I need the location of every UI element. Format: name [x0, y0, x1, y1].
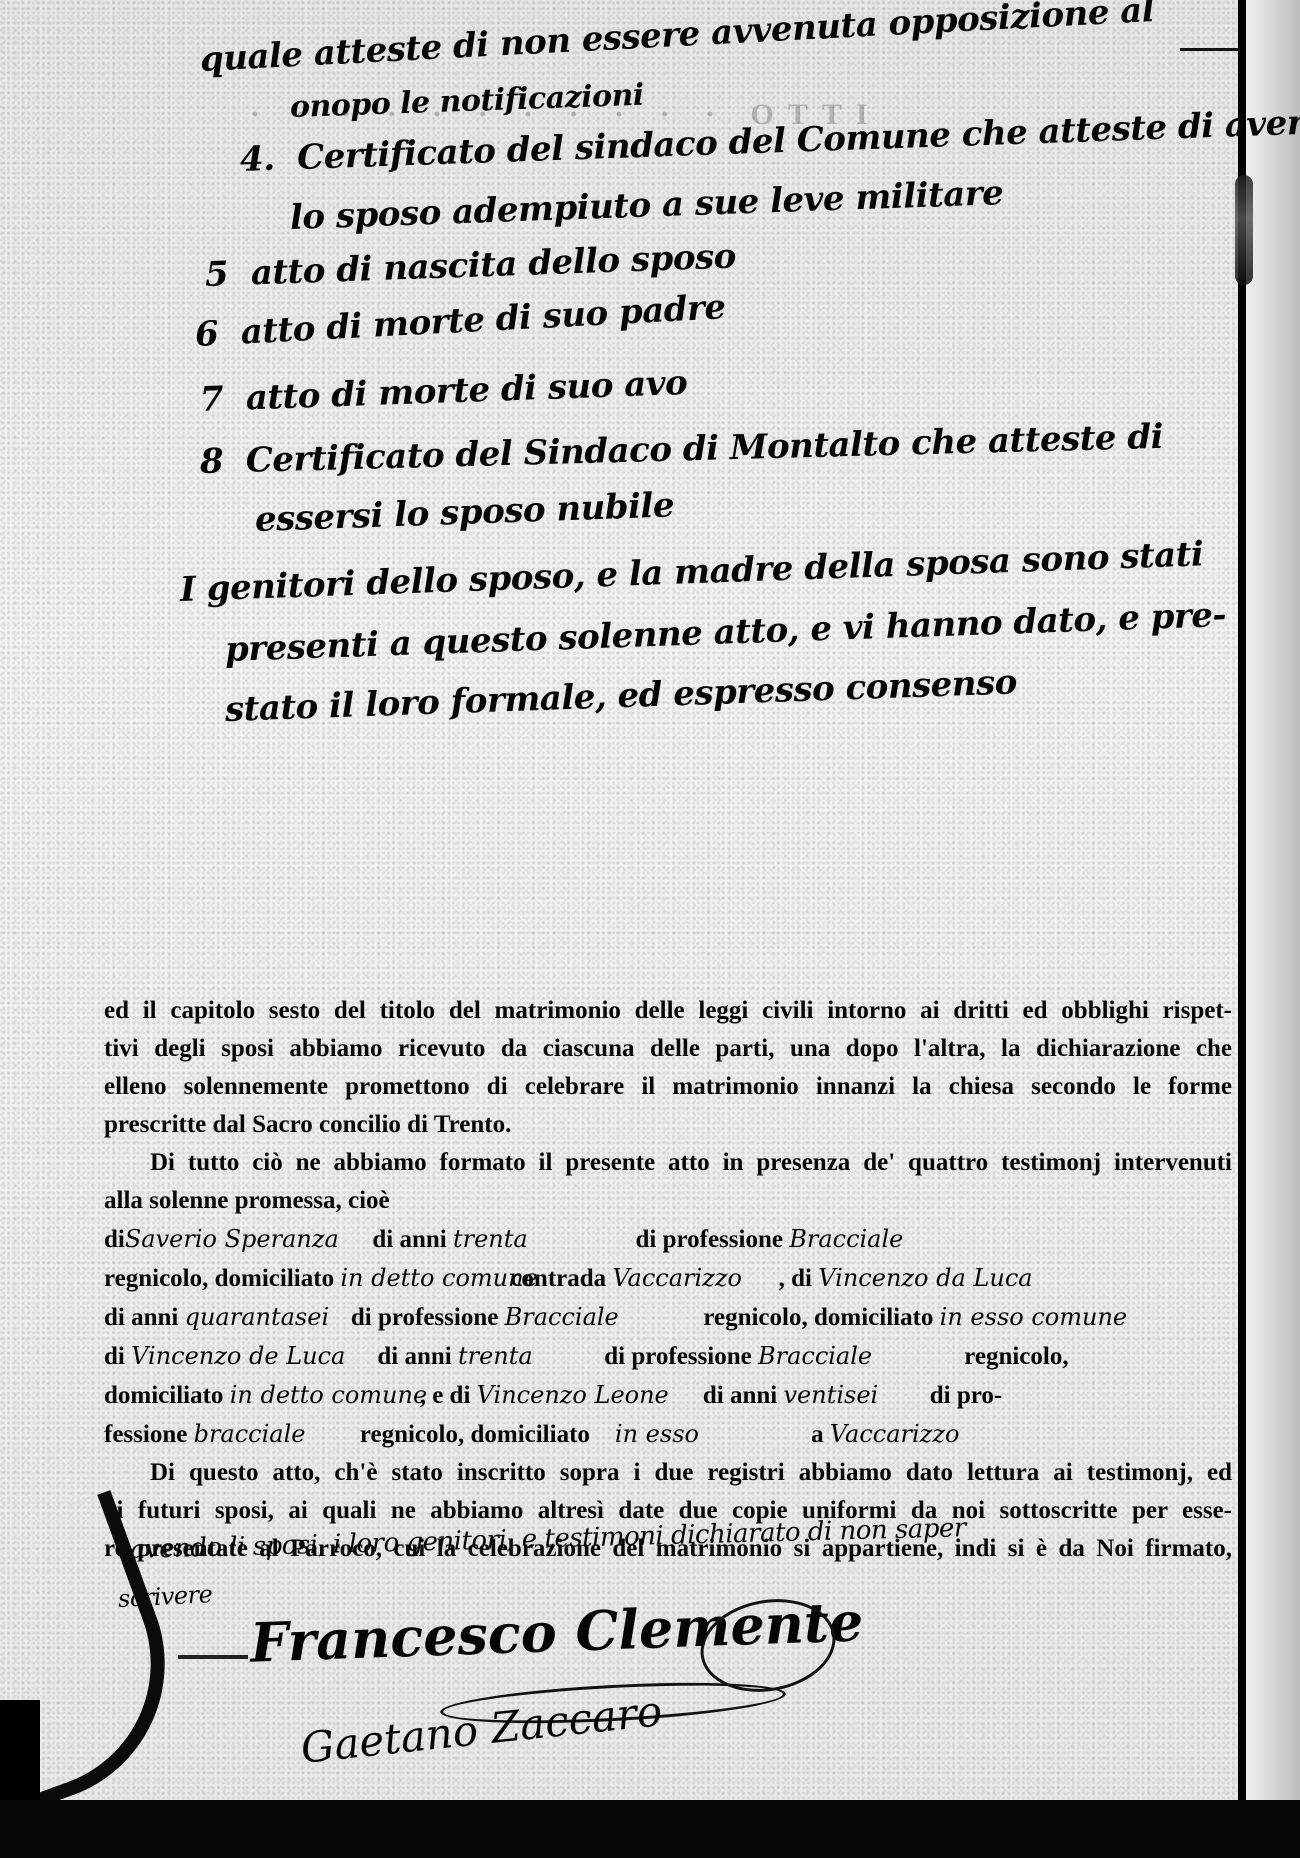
top-rule-line: [1180, 48, 1240, 51]
witness-1-name: Saverio Speranza: [125, 1220, 335, 1258]
bottom-scan-border: [0, 1800, 1300, 1858]
witness-4-domicile: in esso: [615, 1415, 805, 1453]
witness-4-age: ventisei: [784, 1376, 924, 1414]
ink-stamp-mark: [1235, 175, 1253, 285]
witness-1-profession: Bracciale: [789, 1220, 903, 1258]
printed-line: ed il capitolo sesto del titolo del matr…: [104, 992, 1232, 1030]
printed-form-text: ed il capitolo sesto del titolo del matr…: [104, 992, 1232, 1568]
witness-2-domicile: in esso comune: [940, 1298, 1127, 1336]
printed-line: Di questo atto, ch'è stato inscritto sop…: [104, 1454, 1232, 1492]
witness-3-age: trenta: [458, 1337, 598, 1375]
witness-2-profession: Bracciale: [505, 1298, 685, 1336]
printed-line: tivi degli sposi abbiamo ricevuto da cia…: [104, 1030, 1232, 1068]
witness-4-name: Vincenzo Leone: [477, 1376, 697, 1414]
witness-3-profession: Bracciale: [758, 1337, 958, 1375]
printed-line: prescritte dal Sacro concilio di Trento.: [104, 1106, 1232, 1144]
witness-1-line: diSaverio Speranza di anni trenta di pro…: [104, 1220, 1232, 1259]
witness-3-line: di Vincenzo de Luca di anni trenta di pr…: [104, 1337, 1232, 1376]
witness-3-domicile-line: domiciliato in detto comune, e di Vincen…: [104, 1376, 1232, 1415]
witness-2-age: quarantasei: [185, 1298, 345, 1336]
witness-4-profession: bracciale: [194, 1415, 354, 1453]
printed-line: elleno solennemente promettono di celebr…: [104, 1068, 1232, 1106]
printed-line: alla solenne promessa, cioè: [104, 1182, 1232, 1220]
witness-1-age: trenta: [453, 1220, 623, 1258]
witness-4-place: Vaccarizzo: [830, 1415, 960, 1453]
witness-1-domicile: in detto comune: [340, 1259, 510, 1297]
witness-1-domicile-line: regnicolo, domiciliato in detto comuneco…: [104, 1259, 1232, 1298]
witness-2-line: di anni quarantasei di professione Bracc…: [104, 1298, 1232, 1337]
adjacent-page-margin: [1246, 0, 1300, 1800]
printed-line: Di tutto ciò ne abbiamo formato il prese…: [104, 1144, 1232, 1182]
witness-3-name: Vincenzo de Luca: [131, 1337, 371, 1375]
witness-1-contrada: Vaccarizzo: [612, 1259, 772, 1297]
corner-shadow: [0, 1700, 40, 1800]
witness-2-name: Vincenzo da Luca: [818, 1259, 1032, 1297]
witness-3-domicile: in detto comune: [230, 1376, 420, 1414]
signature-underline: [178, 1655, 248, 1659]
witness-4-line: fessione bracciale regnicolo, domiciliat…: [104, 1415, 1232, 1454]
